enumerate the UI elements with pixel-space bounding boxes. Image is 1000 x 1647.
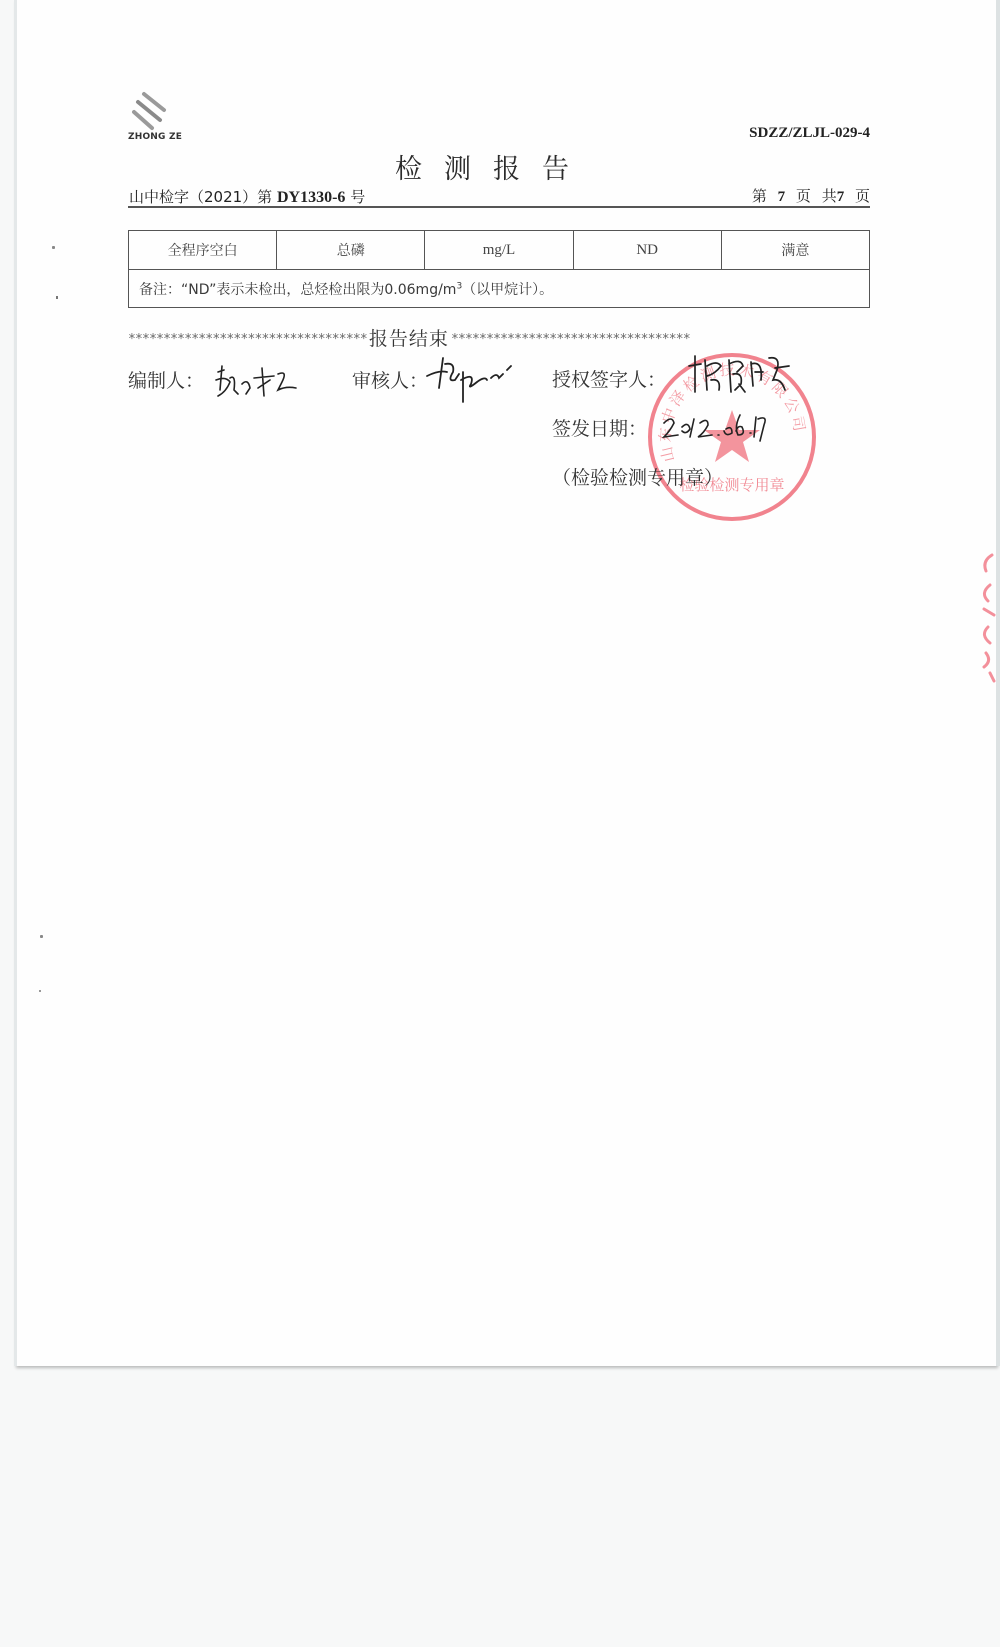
stamp-label: （检验检测专用章） — [552, 463, 723, 490]
issue-date-label: 签发日期： — [552, 414, 647, 441]
reviewer-signature — [425, 352, 520, 407]
table-row: 全程序空白 总磷 mg/L ND 满意 — [129, 231, 870, 270]
note-suffix: （以甲烷计）。 — [462, 282, 553, 298]
approver-label: 授权签字人： — [552, 365, 666, 392]
report-number: 山中检字（2021）第 DY1330-6 号 — [129, 186, 365, 207]
adjacent-page-stamp-fragment — [972, 545, 998, 685]
report-number-suffix: 号 — [350, 188, 365, 206]
page-indicator: 第 7 页 共7 页 — [752, 185, 870, 206]
cell-unit: mg/L — [425, 231, 573, 270]
page-total: 7 — [837, 189, 845, 205]
report-number-code: DY1330-6 — [277, 189, 345, 206]
cell-result: ND — [573, 231, 721, 270]
company-logo: ZHONG ZE — [128, 90, 188, 146]
header-divider — [128, 206, 870, 208]
end-of-report-line: **********************************报告结束**… — [128, 322, 870, 349]
page-label-mid: 页 共 — [796, 187, 837, 205]
results-table: 全程序空白 总磷 mg/L ND 满意 备注：“ND”表示未检出，总烃检出限为0… — [128, 230, 870, 308]
page-label-suffix: 页 — [855, 187, 870, 205]
table-note: 备注：“ND”表示未检出，总烃检出限为0.06mg/m3（以甲烷计）。 — [129, 270, 870, 308]
document-code: SDZZ/ZLJL-029-4 — [749, 125, 870, 142]
stars-left: ********************************** — [128, 332, 367, 347]
report-title: 检测报告 — [395, 147, 591, 186]
cell-item: 总磷 — [277, 231, 425, 270]
approver-signature — [685, 350, 795, 400]
table-note-row: 备注：“ND”表示未检出，总烃检出限为0.06mg/m3（以甲烷计）。 — [129, 270, 870, 308]
compiler-signature — [212, 360, 302, 405]
page-current: 7 — [778, 189, 786, 205]
cell-evaluation: 满意 — [721, 231, 869, 270]
scan-speck — [39, 990, 41, 992]
scan-speck — [56, 296, 58, 299]
logo-stripes-icon — [130, 90, 170, 132]
issue-date-handwritten — [660, 405, 770, 447]
scan-speck — [52, 246, 55, 249]
page-label-prefix: 第 — [752, 187, 767, 205]
stars-right: ********************************** — [451, 332, 690, 347]
end-of-report-text: 报告结束 — [367, 328, 451, 349]
reviewer-label: 审核人： — [352, 366, 428, 393]
compiler-label: 编制人： — [128, 366, 204, 393]
logo-text: ZHONG ZE — [128, 132, 182, 142]
note-text: 备注：“ND”表示未检出，总烃检出限为0.06mg/m — [139, 282, 456, 298]
cell-sample: 全程序空白 — [129, 231, 277, 270]
report-number-prefix: 山中检字（2021）第 — [129, 188, 272, 206]
scan-speck — [40, 935, 43, 938]
